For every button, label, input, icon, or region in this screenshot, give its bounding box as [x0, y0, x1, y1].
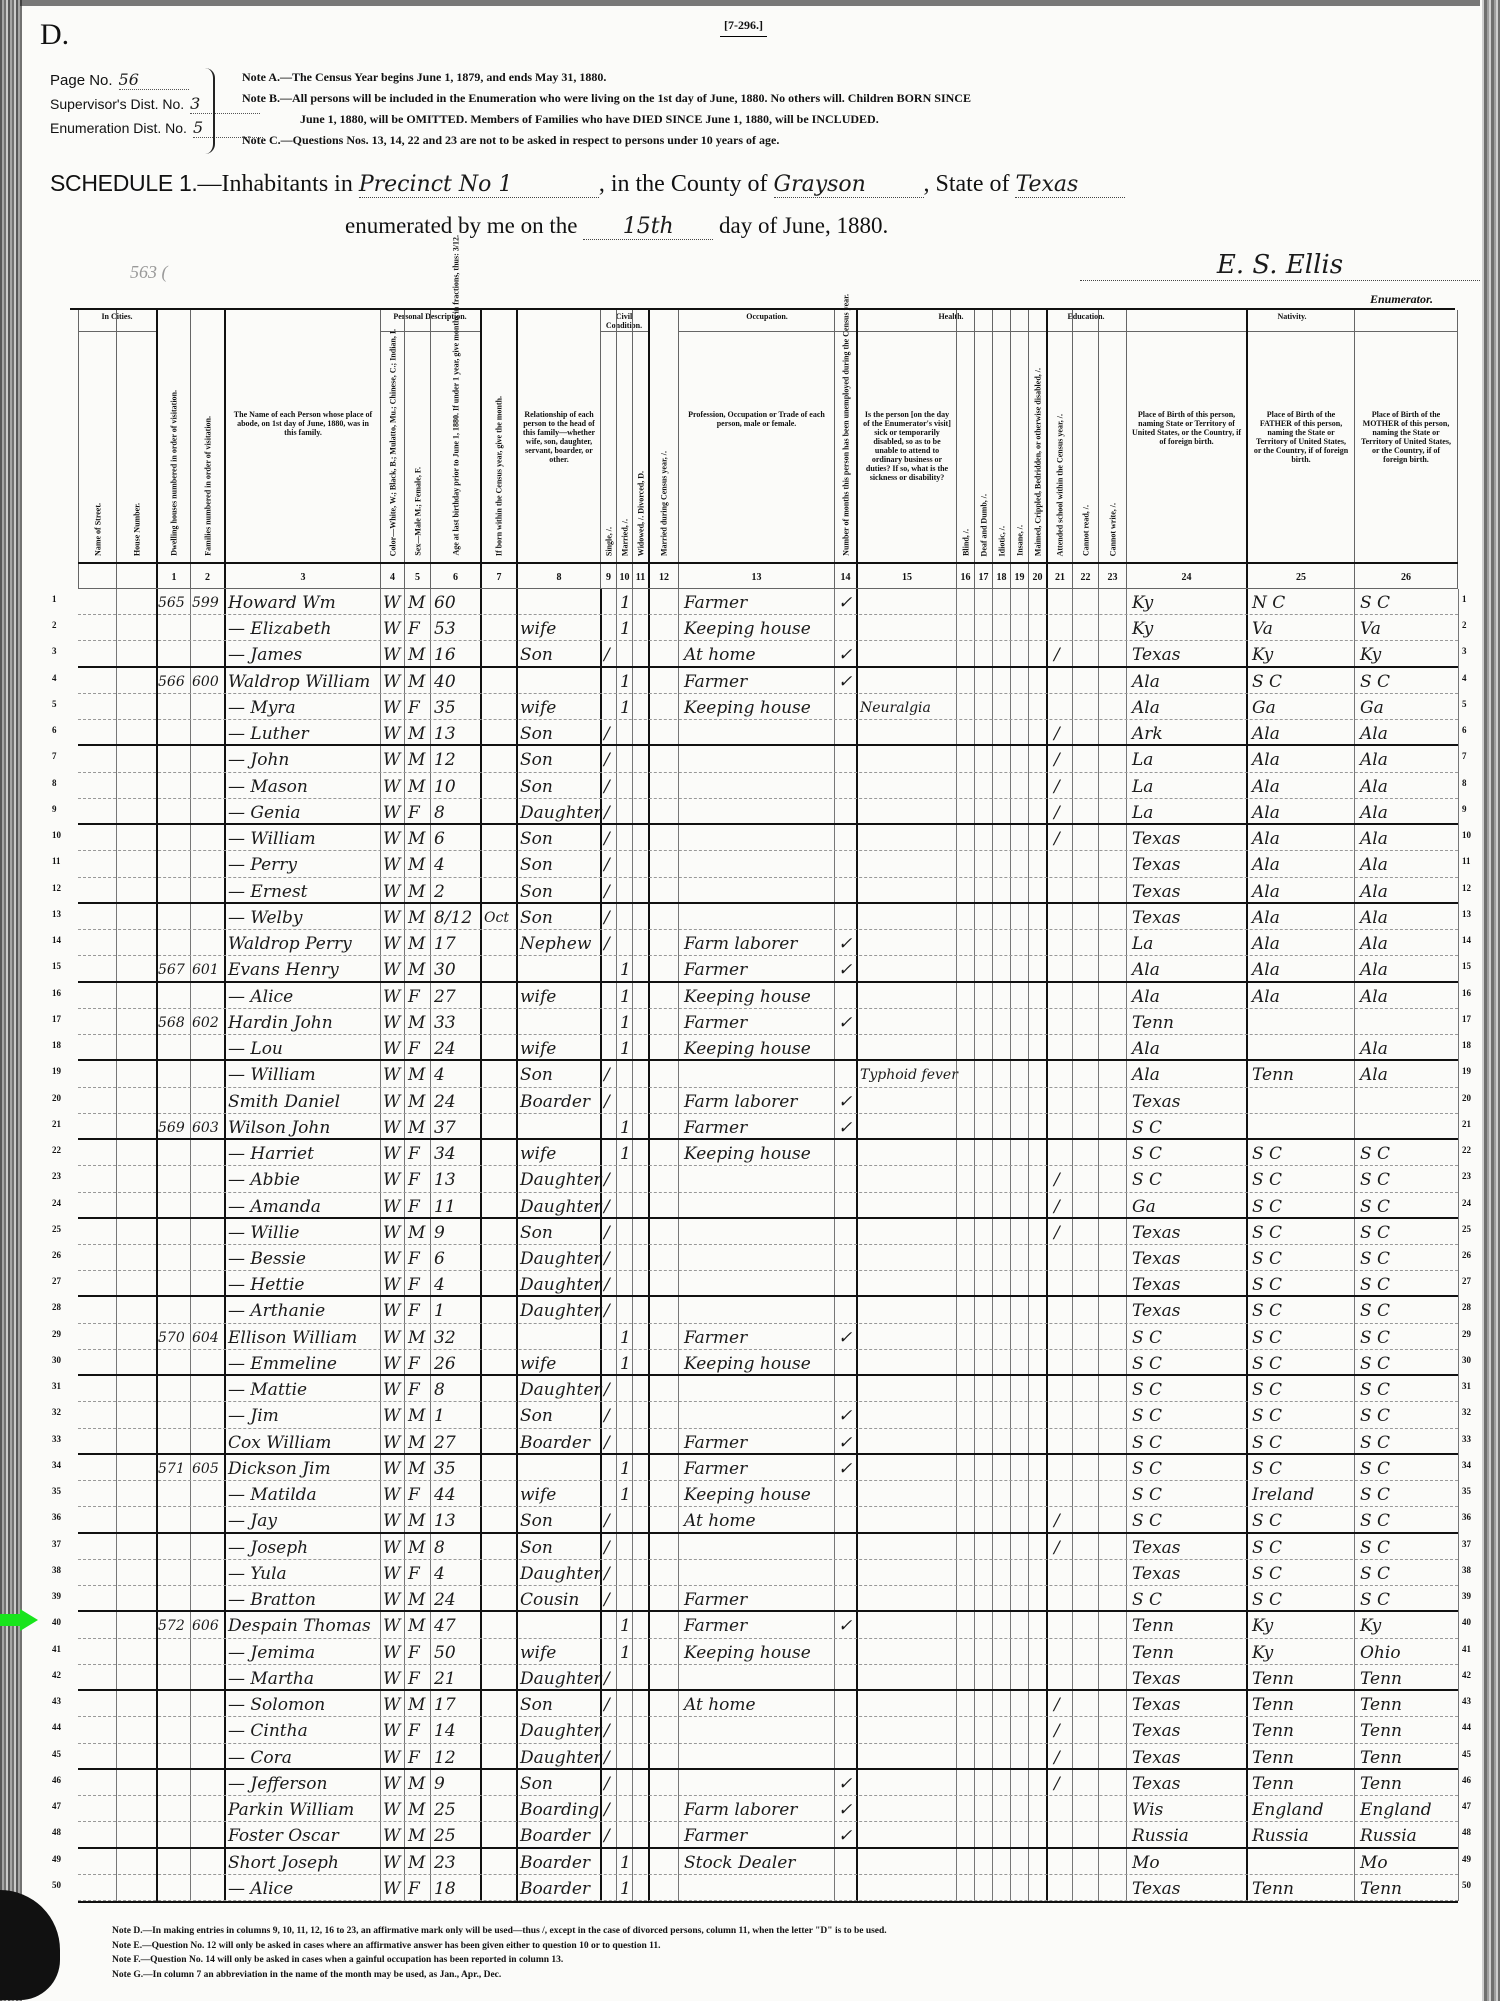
single-mark: / [604, 1404, 610, 1428]
relationship: Daughter [520, 1746, 602, 1770]
person-name: — Mattie [228, 1378, 307, 1402]
sex: M [408, 1614, 425, 1638]
person-name: — Bratton [228, 1588, 316, 1612]
page-number-value: 56 [119, 70, 189, 90]
line-number-right: 20 [1462, 1093, 1471, 1103]
occupation: At home [684, 1693, 756, 1717]
table-row: 572606Despain ThomasWM471Farmer✓TennKyKy [78, 1612, 1458, 1638]
note-c: Note C.—Questions Nos. 13, 14, 22 and 23… [242, 130, 971, 151]
occupation: Keeping house [684, 1037, 811, 1061]
age: 8/12 [434, 906, 472, 930]
enumeration-dist-row: Enumeration Dist. No. 5 [50, 118, 263, 142]
mother-birthplace: S C [1360, 1195, 1390, 1219]
birthplace: Texas [1132, 1273, 1181, 1297]
father-birthplace: S C [1252, 1273, 1282, 1297]
color: W [383, 1562, 400, 1586]
birthplace: Tenn [1132, 1011, 1174, 1035]
single-mark: / [604, 1798, 610, 1822]
table-row: — WelbyWM8/12OctSon/TexasAlaAla [78, 904, 1458, 930]
line-number-left: 20 [52, 1093, 61, 1103]
line-number-left: 34 [52, 1460, 61, 1470]
birthplace: Texas [1132, 827, 1181, 851]
birthplace: Ala [1132, 1037, 1160, 1061]
mother-birthplace: Ala [1360, 853, 1388, 877]
col-street: Name of Street. [78, 310, 116, 588]
mother-birthplace: Tenn [1360, 1667, 1402, 1691]
person-name: — Luther [228, 722, 309, 746]
col-house-number: House Number. [116, 310, 156, 588]
line-number-left: 48 [52, 1827, 61, 1837]
line-number-right: 38 [1462, 1565, 1471, 1575]
unemployed-mark: ✓ [838, 1798, 852, 1822]
birthplace: Ala [1132, 1063, 1160, 1087]
relationship: Nephew [520, 932, 591, 956]
col-24: Place of Birth of this person, naming St… [1126, 310, 1246, 588]
attended-school-mark: / [1054, 775, 1060, 799]
relationship: Son [520, 1063, 553, 1087]
relationship: Daughter [520, 1562, 602, 1586]
line-number-right: 11 [1462, 856, 1471, 866]
person-name: Dickson Jim [228, 1457, 331, 1481]
sex: F [408, 985, 420, 1009]
col-25: Place of Birth of the FATHER of this per… [1246, 310, 1354, 588]
father-birthplace: Ala [1252, 722, 1280, 746]
mother-birthplace: S C [1360, 1247, 1390, 1271]
table-row: 566600Waldrop WilliamWM401Farmer✓AlaS CS… [78, 668, 1458, 694]
mother-birthplace: Tenn [1360, 1877, 1402, 1901]
col-13: Profession, Occupation or Trade of each … [678, 310, 834, 588]
birthplace: Texas [1132, 1772, 1181, 1796]
page-top-edge [20, 0, 1480, 6]
table-row: — JohnWM12Son//LaAlaAla [78, 746, 1458, 772]
single-mark: / [604, 827, 610, 851]
color: W [383, 1247, 400, 1271]
father-birthplace: Tenn [1252, 1063, 1294, 1087]
highlight-arrow-icon [0, 1609, 38, 1631]
father-birthplace: Tenn [1252, 1772, 1294, 1796]
occupation: Farmer [684, 958, 747, 982]
line-number-left: 27 [52, 1276, 61, 1286]
table-row: Cox WilliamWM27Boarder/Farmer✓S CS CS C [78, 1429, 1458, 1455]
sex: M [408, 670, 425, 694]
father-birthplace: Ala [1252, 906, 1280, 930]
table-row: — PerryWM4Son/TexasAlaAla [78, 851, 1458, 877]
age: 13 [434, 1168, 456, 1192]
line-number-left: 16 [52, 988, 61, 998]
single-mark: / [604, 1431, 610, 1455]
occupation: Keeping house [684, 1483, 811, 1507]
family-number: 601 [192, 958, 219, 982]
sex: M [408, 1090, 425, 1114]
attended-school-mark: / [1054, 827, 1060, 851]
person-name: Smith Daniel [228, 1090, 340, 1114]
age: 2 [434, 880, 445, 904]
person-name: — Welby [228, 906, 302, 930]
age: 23 [434, 1851, 456, 1875]
line-number-left: 42 [52, 1670, 61, 1680]
birthplace: Texas [1132, 1877, 1181, 1901]
person-name: — Joseph [228, 1536, 308, 1560]
sex: M [408, 748, 425, 772]
sex: F [408, 696, 420, 720]
father-birthplace: S C [1252, 1536, 1282, 1560]
relationship: Daughter [520, 1299, 602, 1323]
birthplace: Texas [1132, 906, 1181, 930]
line-number-left: 37 [52, 1539, 61, 1549]
relationship: Son [520, 906, 553, 930]
married-mark: 1 [620, 985, 631, 1009]
sex: M [408, 643, 425, 667]
sex: M [408, 722, 425, 746]
single-mark: / [604, 1693, 610, 1717]
sex: M [408, 591, 425, 615]
page-number-row: Page No. 56 [50, 70, 263, 94]
sex: M [408, 1509, 425, 1533]
birthplace: S C [1132, 1431, 1162, 1455]
table-row: 568602Hardin JohnWM331Farmer✓Tenn [78, 1009, 1458, 1035]
birthplace: Texas [1132, 1693, 1181, 1717]
page-meta: Page No. 56 Supervisor's Dist. No. 3 Enu… [50, 70, 263, 142]
color: W [383, 1641, 400, 1665]
line-number-right: 35 [1462, 1486, 1471, 1496]
sex: M [408, 827, 425, 851]
color: W [383, 722, 400, 746]
sex: M [408, 1326, 425, 1350]
color: W [383, 1404, 400, 1428]
age: 37 [434, 1116, 456, 1140]
enumerator-label: Enumerator. [1370, 292, 1433, 307]
sex: M [408, 1824, 425, 1848]
line-number-left: 33 [52, 1434, 61, 1444]
birthplace: Texas [1132, 880, 1181, 904]
color: W [383, 1142, 400, 1166]
line-number-left: 23 [52, 1171, 61, 1181]
unemployed-mark: ✓ [838, 1090, 852, 1114]
father-birthplace: England [1252, 1798, 1324, 1822]
line-number-right: 15 [1462, 961, 1471, 971]
mother-birthplace: Ohio [1360, 1641, 1401, 1665]
father-birthplace: Ky [1252, 1614, 1273, 1638]
person-name: — Jefferson [228, 1772, 327, 1796]
line-number-left: 39 [52, 1591, 61, 1601]
line-number-right: 42 [1462, 1670, 1471, 1680]
line-number-left: 6 [52, 725, 57, 735]
line-number-right: 7 [1462, 751, 1467, 761]
person-name: — Perry [228, 853, 297, 877]
birthplace: Texas [1132, 1221, 1181, 1245]
col-2: Families numbered in order of visitation… [190, 310, 224, 588]
sex: M [408, 1116, 425, 1140]
table-row: — HettieWF4Daughter/TexasS CS C [78, 1271, 1458, 1297]
line-number-right: 9 [1462, 804, 1467, 814]
occupation: Farm laborer [684, 932, 797, 956]
table-row: Short JosephWM23Boarder1Stock DealerMoMo [78, 1849, 1458, 1875]
table-row: — JamesWM16Son/At home✓/TexasKyKy [78, 641, 1458, 667]
attended-school-mark: / [1054, 1509, 1060, 1533]
married-mark: 1 [620, 1483, 631, 1507]
birthplace: Ala [1132, 958, 1160, 982]
note-b-cont: June 1, 1880, will be OMITTED. Members o… [242, 109, 971, 130]
married-mark: 1 [620, 958, 631, 982]
age: 1 [434, 1404, 445, 1428]
father-birthplace: S C [1252, 1352, 1282, 1376]
relationship: Daughter [520, 801, 602, 825]
color: W [383, 932, 400, 956]
father-birthplace: Ga [1252, 696, 1276, 720]
line-number-right: 8 [1462, 778, 1467, 788]
health-condition: Typhoid fever [860, 1063, 958, 1087]
table-row: 567601Evans HenryWM301Farmer✓AlaAlaAla [78, 956, 1458, 982]
line-number-right: 14 [1462, 935, 1471, 945]
line-number-left: 12 [52, 883, 61, 893]
color: W [383, 1746, 400, 1770]
table-row: 571605Dickson JimWM351Farmer✓S CS CS C [78, 1455, 1458, 1481]
birthplace: Texas [1132, 1746, 1181, 1770]
married-mark: 1 [620, 591, 631, 615]
birthplace: Texas [1132, 643, 1181, 667]
occupation: At home [684, 643, 756, 667]
col-8: Relationship of each person to the head … [516, 310, 600, 588]
line-number-left: 21 [52, 1119, 61, 1129]
sex: F [408, 1142, 420, 1166]
father-birthplace: Tenn [1252, 1719, 1294, 1743]
mother-birthplace: S C [1360, 1352, 1390, 1376]
person-name: — Genia [228, 801, 301, 825]
father-birthplace: S C [1252, 1404, 1282, 1428]
birth-month: Oct [484, 906, 509, 930]
single-mark: / [604, 801, 610, 825]
birthplace: La [1132, 775, 1153, 799]
table-row: — MyraWF35wife1Keeping houseNeuralgiaAla… [78, 694, 1458, 720]
relationship: Daughter [520, 1719, 602, 1743]
line-number-right: 36 [1462, 1512, 1471, 1522]
family-number: 606 [192, 1614, 219, 1638]
line-number-left: 17 [52, 1014, 61, 1024]
table-row: 565599Howard WmWM601Farmer✓KyN CS C [78, 589, 1458, 615]
sex: M [408, 1011, 425, 1035]
married-mark: 1 [620, 1326, 631, 1350]
table-row: — WilliamWM4Son/Typhoid feverAlaTennAla [78, 1061, 1458, 1087]
age: 4 [434, 853, 445, 877]
person-name: Howard Wm [228, 591, 336, 615]
line-number-left: 4 [52, 673, 57, 683]
single-mark: / [604, 880, 610, 904]
color: W [383, 906, 400, 930]
line-number-right: 31 [1462, 1381, 1471, 1391]
table-row: — ArthanieWF1Daughter/TexasS CS C [78, 1297, 1458, 1323]
line-number-right: 32 [1462, 1407, 1471, 1417]
sex: F [408, 1719, 420, 1743]
line-number-right: 28 [1462, 1302, 1471, 1312]
sex: F [408, 1378, 420, 1402]
table-row: — MarthaWF21Daughter/TexasTennTenn [78, 1665, 1458, 1691]
unemployed-mark: ✓ [838, 1116, 852, 1140]
occupation: Farmer [684, 1116, 747, 1140]
color: W [383, 670, 400, 694]
birthplace: S C [1132, 1326, 1162, 1350]
married-mark: 1 [620, 1641, 631, 1665]
person-name: — Solomon [228, 1693, 325, 1717]
occupation: Keeping house [684, 696, 811, 720]
ink-blot [0, 1890, 60, 2000]
occupation: Farmer [684, 591, 747, 615]
father-birthplace: S C [1252, 1431, 1282, 1455]
col-15: Is the person [on the day of the Enumera… [856, 310, 956, 588]
color: W [383, 1431, 400, 1455]
mother-birthplace: Ala [1360, 985, 1388, 1009]
relationship: wife [520, 1641, 556, 1665]
family-number: 603 [192, 1116, 219, 1140]
relationship: Son [520, 853, 553, 877]
single-mark: / [604, 1772, 610, 1796]
line-number-right: 25 [1462, 1224, 1471, 1234]
line-number-right: 49 [1462, 1854, 1471, 1864]
table-row: — CinthaWF14Daughter//TexasTennTenn [78, 1717, 1458, 1743]
married-mark: 1 [620, 1352, 631, 1376]
father-birthplace: S C [1252, 1195, 1282, 1219]
line-number-right: 5 [1462, 699, 1467, 709]
dwelling-number: 568 [158, 1011, 185, 1035]
birthplace: Texas [1132, 1299, 1181, 1323]
mother-birthplace: S C [1360, 1431, 1390, 1455]
father-birthplace: Ala [1252, 775, 1280, 799]
sex: M [408, 906, 425, 930]
mother-birthplace: Va [1360, 617, 1381, 641]
enumerated-day: 15th [583, 214, 713, 240]
table-header: In Cities. Personal Description. Civil C… [78, 310, 1458, 588]
supervisor-dist-label: Supervisor's Dist. No. [50, 96, 184, 112]
birthplace: Texas [1132, 1247, 1181, 1271]
line-number-left: 32 [52, 1407, 61, 1417]
person-name: — Jemima [228, 1641, 315, 1665]
sex: M [408, 932, 425, 956]
color: W [383, 801, 400, 825]
age: 11 [434, 1195, 456, 1219]
relationship: Son [520, 1693, 553, 1717]
single-mark: / [604, 1090, 610, 1114]
line-number-right: 37 [1462, 1539, 1471, 1549]
person-name: — Alice [228, 985, 293, 1009]
line-number-left: 13 [52, 909, 61, 919]
table-row: Smith DanielWM24Boarder/Farm laborer✓Tex… [78, 1088, 1458, 1114]
relationship: Daughter [520, 1273, 602, 1297]
line-number-left: 14 [52, 935, 61, 945]
person-name: — Arthanie [228, 1299, 325, 1323]
age: 27 [434, 1431, 456, 1455]
mother-birthplace: S C [1360, 1536, 1390, 1560]
line-number-right: 2 [1462, 620, 1467, 630]
occupation: Farmer [684, 1326, 747, 1350]
birthplace: Ky [1132, 617, 1153, 641]
age: 12 [434, 1746, 456, 1770]
attended-school-mark: / [1054, 748, 1060, 772]
table-row: Foster OscarWM25Boarder/Farmer✓RussiaRus… [78, 1822, 1458, 1848]
father-birthplace: Ala [1252, 748, 1280, 772]
occupation: Keeping house [684, 617, 811, 641]
age: 33 [434, 1011, 456, 1035]
color: W [383, 1168, 400, 1192]
relationship: Son [520, 643, 553, 667]
attended-school-mark: / [1054, 722, 1060, 746]
table-row: — EmmelineWF26wife1Keeping houseS CS CS … [78, 1350, 1458, 1376]
schedule-line: SCHEDULE 1.—Inhabitants in Precinct No 1… [50, 170, 1125, 198]
person-name: — Abbie [228, 1168, 300, 1192]
person-name: Evans Henry [228, 958, 339, 982]
age: 24 [434, 1090, 456, 1114]
mother-birthplace: S C [1360, 1562, 1390, 1586]
color: W [383, 1483, 400, 1507]
col-21: Attended school within the Census year, … [1046, 310, 1072, 588]
relationship: wife [520, 1352, 556, 1376]
col-10: Married, /.10 [616, 310, 632, 588]
birthplace: Tenn [1132, 1641, 1174, 1665]
county-value: Grayson [774, 172, 924, 198]
father-birthplace: S C [1252, 1299, 1282, 1323]
sex: M [408, 1693, 425, 1717]
line-number-left: 24 [52, 1198, 61, 1208]
mother-birthplace: Russia [1360, 1824, 1417, 1848]
line-number-right: 33 [1462, 1434, 1471, 1444]
table-row: — JosephWM8Son//TexasS CS C [78, 1534, 1458, 1560]
header-number-rule [78, 562, 1458, 564]
mother-birthplace: S C [1360, 1326, 1390, 1350]
relationship: wife [520, 1142, 556, 1166]
line-number-right: 19 [1462, 1066, 1471, 1076]
page-binding-left [0, 0, 22, 2001]
line-number-left: 44 [52, 1722, 61, 1732]
color: W [383, 1509, 400, 1533]
sex: M [408, 853, 425, 877]
father-birthplace: S C [1252, 1168, 1282, 1192]
father-birthplace: Tenn [1252, 1746, 1294, 1770]
line-number-left: 5 [52, 699, 57, 709]
person-name: — Hettie [228, 1273, 304, 1297]
age: 9 [434, 1221, 445, 1245]
father-birthplace: S C [1252, 670, 1282, 694]
table-row: — AbbieWF13Daughter//S CS CS C [78, 1166, 1458, 1192]
note-f: Note F.—Question No. 14 will only be ask… [112, 1953, 887, 1968]
mother-birthplace: Ky [1360, 1614, 1381, 1638]
mother-birthplace: Ala [1360, 1037, 1388, 1061]
relationship: Daughter [520, 1247, 602, 1271]
line-number-left: 45 [52, 1749, 61, 1759]
pencil-annotation: 563 ( [130, 262, 168, 283]
father-birthplace: Russia [1252, 1824, 1309, 1848]
enumerated-month-year: day of June, 1880. [719, 213, 888, 238]
line-number-right: 41 [1462, 1644, 1471, 1654]
father-birthplace: Ky [1252, 1641, 1273, 1665]
birthplace: S C [1132, 1483, 1162, 1507]
single-mark: / [604, 1273, 610, 1297]
color: W [383, 1273, 400, 1297]
enumeration-dist-label: Enumeration Dist. No. [50, 120, 187, 136]
table-row: 569603Wilson JohnWM371Farmer✓S C [78, 1114, 1458, 1140]
line-number-left: 8 [52, 778, 57, 788]
table-row: — HarrietWF34wife1Keeping houseS CS CS C [78, 1140, 1458, 1166]
mother-birthplace: Tenn [1360, 1693, 1402, 1717]
attended-school-mark: / [1054, 1221, 1060, 1245]
single-mark: / [604, 1562, 610, 1586]
line-number-right: 40 [1462, 1617, 1471, 1627]
col-16: Blind, /.16 [956, 310, 974, 588]
mother-birthplace: Ky [1360, 643, 1381, 667]
occupation: Farmer [684, 1457, 747, 1481]
note-a: Note A.—The Census Year begins June 1, 1… [242, 67, 971, 88]
mother-birthplace: Ala [1360, 775, 1388, 799]
line-number-left: 35 [52, 1486, 61, 1496]
birthplace: Ala [1132, 985, 1160, 1009]
age: 17 [434, 932, 456, 956]
